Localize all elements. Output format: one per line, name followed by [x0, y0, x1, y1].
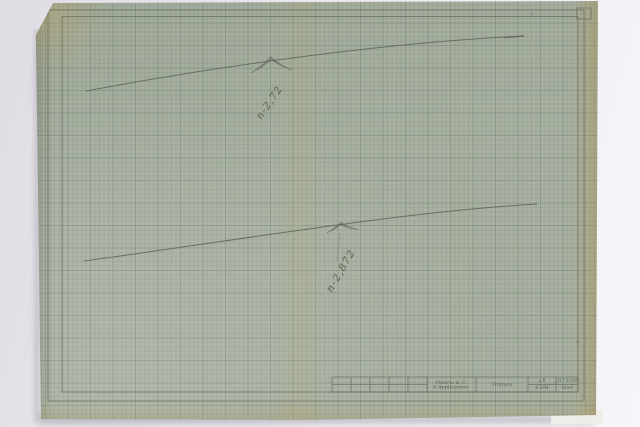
- upper-curve-dark-end: [504, 36, 524, 38]
- title-block-cell-bottom-right: 10×6: [561, 386, 572, 390]
- title-block-cell-top-left: a.b: [539, 379, 545, 383]
- upper-curve: [86, 36, 524, 91]
- title-block-center-label: Tiratura: [492, 383, 513, 388]
- lower-arrow-icon: [327, 222, 359, 233]
- outer-border: [48, 10, 584, 401]
- title-block-cell-top-right: 317 23/10: [556, 379, 577, 383]
- title-block-cell-bottom-left: 4-5/64: [535, 386, 548, 390]
- lower-arrow-stem: [337, 233, 340, 261]
- border-frame: [48, 8, 591, 401]
- maker-line2: 6 Applicazioni: [433, 384, 469, 390]
- inner-border: [62, 17, 578, 393]
- title-block-maker: Vittoria & C. 6 Applicazioni: [433, 380, 469, 390]
- photograph-of-drafting-sheet: n-2,72 n-2,872 Vittoria & C. 6 Applicazi…: [0, 0, 640, 427]
- pencil-linework: [0, 0, 640, 427]
- plus-pencil-mark: +: [575, 338, 581, 346]
- lower-curve: [84, 204, 537, 261]
